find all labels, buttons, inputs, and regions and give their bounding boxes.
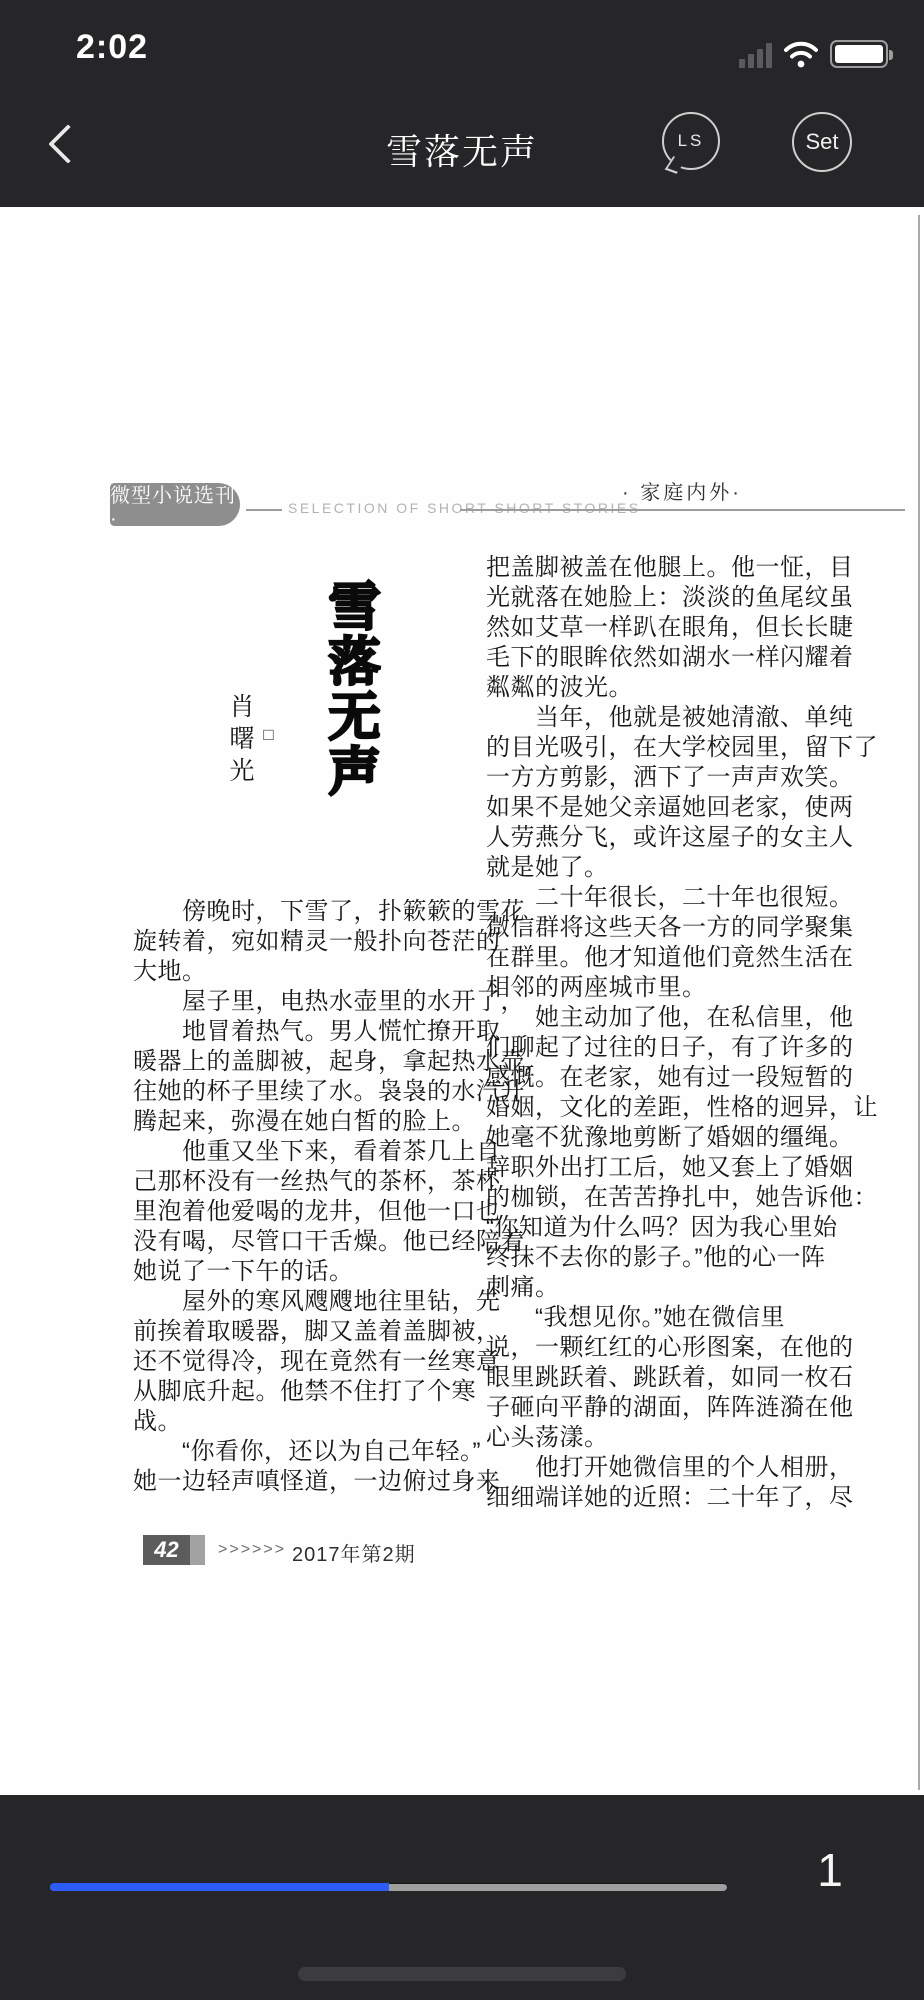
text-line: 屋子里，电热水壶里的水开了，	[133, 987, 473, 1017]
text-line: 前挨着取暖器，脚又盖着盖脚被，	[133, 1317, 473, 1347]
page-number-text: 42	[143, 1535, 190, 1565]
header-rule-right	[460, 509, 905, 511]
magazine-brand-badge: 微型小说选刊·	[110, 483, 240, 526]
text-line: 她毫不犹豫地剪断了婚姻的缰绳。	[486, 1123, 826, 1153]
text-line: 的目光吸引，在大学校园里，留下了	[486, 733, 826, 763]
text-line: 相邻的两座城市里。	[486, 973, 826, 1003]
clock-text: 2:02	[76, 28, 148, 67]
progress-fill	[50, 1883, 389, 1891]
text-line: 她说了一下午的话。	[133, 1257, 473, 1287]
right-text-column: 把盖脚被盖在他腿上。他一怔，目光就落在她脸上：淡淡的鱼尾纹虽然如艾草一样趴在眼角…	[486, 553, 826, 1513]
text-line: 往她的杯子里续了水。袅袅的水汽升	[133, 1077, 473, 1107]
cellular-signal-icon	[739, 42, 772, 68]
page-number-badge-tab	[190, 1535, 205, 1565]
home-indicator[interactable]	[298, 1967, 626, 1981]
text-line: 从脚底升起。他禁不住打了个寒	[133, 1377, 473, 1407]
text-line: 里泡着他爱喝的龙井，但他一口也	[133, 1197, 473, 1227]
chat-bubble-label: LS	[678, 131, 705, 151]
status-bar: 2:02	[0, 0, 924, 88]
bottom-toolbar: 1	[0, 1795, 924, 2000]
issue-text: 2017年第2期	[292, 1538, 416, 1567]
status-icons	[739, 40, 888, 68]
settings-label: Set	[805, 129, 838, 155]
text-line: 当年，他就是被她清澈、单纯	[486, 703, 826, 733]
text-line: 辞职外出打工后，她又套上了婚姻	[486, 1153, 826, 1183]
text-line: 刺痛。	[486, 1273, 826, 1303]
text-line: 把盖脚被盖在他腿上。他一怔，目	[486, 553, 826, 583]
author-block: □ 肖曙光	[222, 693, 278, 789]
text-line: 终抹不去你的影子。”他的心一阵	[486, 1243, 826, 1273]
text-line: 腾起来，弥漫在她白皙的脸上。	[133, 1107, 473, 1137]
text-line: 一方方剪影，洒下了一声声欢笑。	[486, 763, 826, 793]
text-line: 光就落在她脸上：淡淡的鱼尾纹虽	[486, 583, 826, 613]
top-bars-background: 2:02 雪落无声 LS	[0, 0, 924, 207]
text-line: 人劳燕分飞，或许这屋子的女主人	[486, 823, 826, 853]
magazine-header: 微型小说选刊· SELECTION OF SHORT SHORT STORIES…	[0, 483, 924, 543]
text-line: 己那杯没有一丝热气的茶杯，茶杯	[133, 1167, 473, 1197]
text-line: 毛下的眼眸依然如湖水一样闪耀着	[486, 643, 826, 673]
text-line: “你知道为什么吗？因为我心里始	[486, 1213, 826, 1243]
text-line: 暖器上的盖脚被，起身，拿起热水壶，	[133, 1047, 473, 1077]
text-line: 她主动加了他，在私信里，他	[486, 1003, 826, 1033]
battery-icon	[830, 40, 888, 68]
text-line: 感慨。在老家，她有过一段短暂的	[486, 1063, 826, 1093]
text-line: 在群里。他才知道他们竟然生活在	[486, 943, 826, 973]
text-line: 大地。	[133, 957, 473, 987]
navigation-bar: 雪落无声 LS Set	[0, 88, 924, 207]
text-line: 就是她了。	[486, 853, 826, 883]
story-title-vertical: 雪落无声	[312, 579, 387, 799]
series-subtitle: SELECTION OF SHORT SHORT STORIES	[288, 500, 641, 516]
text-line: 眼里跳跃着、跳跃着，如同一枚石	[486, 1363, 826, 1393]
text-line: 心头荡漾。	[486, 1423, 826, 1453]
text-line: 战。	[133, 1407, 473, 1437]
text-line: 还不觉得冷，现在竟然有一丝寒意	[133, 1347, 473, 1377]
text-line: 的枷锁，在苦苦挣扎中，她告诉他：	[486, 1183, 826, 1213]
progress-slider[interactable]	[50, 1879, 727, 1895]
text-line: 细细端详她的近照：二十年了，尽	[486, 1483, 826, 1513]
header-rule-left	[246, 509, 282, 511]
text-line: 他重又坐下来，看着茶几上自	[133, 1137, 473, 1167]
left-text-column: 傍晚时，下雪了，扑簌簌的雪花旋转着，宛如精灵一般扑向苍茫的大地。 屋子里，电热水…	[133, 897, 473, 1497]
text-line: 如果不是她父亲逼她回老家，使两	[486, 793, 826, 823]
text-line: 粼粼的波光。	[486, 673, 826, 703]
page-number-badge: 42	[143, 1535, 205, 1565]
settings-button[interactable]: Set	[792, 112, 852, 172]
text-line: 子砸向平静的湖面，阵阵涟漪在他	[486, 1393, 826, 1423]
text-line: “我想见你。”她在微信里	[486, 1303, 826, 1333]
text-line: 们聊起了过往的日子，有了许多的	[486, 1033, 826, 1063]
page-title: 雪落无声	[0, 124, 924, 175]
issue-arrows: >>>>>>	[218, 1541, 286, 1559]
text-line: 没有喝，尽管口干舌燥。他已经陪着	[133, 1227, 473, 1257]
text-line: “你看你，还以为自己年轻。”	[133, 1437, 473, 1467]
text-line: 地冒着热气。男人慌忙撩开取	[133, 1017, 473, 1047]
text-line: 婚姻，文化的差距，性格的迥异，让	[486, 1093, 826, 1123]
text-line: 屋外的寒风飕飕地往里钻，先	[133, 1287, 473, 1317]
reader-app-screen: 2:02 雪落无声 LS	[0, 0, 924, 2000]
page-indicator: 1	[790, 1843, 870, 1897]
text-line: 傍晚时，下雪了，扑簌簌的雪花	[133, 897, 473, 927]
magazine-page-footer: 42 >>>>>> 2017年第2期	[0, 1535, 924, 1571]
author-marker: □	[258, 725, 278, 744]
reader-page[interactable]: 微型小说选刊· SELECTION OF SHORT SHORT STORIES…	[0, 207, 924, 1795]
wifi-icon	[784, 41, 818, 68]
text-line: 微信群将这些天各一方的同学聚集	[486, 913, 826, 943]
text-line: 她一边轻声嗔怪道，一边俯过身来	[133, 1467, 473, 1497]
text-line: 说，一颗红红的心形图案，在他的	[486, 1333, 826, 1363]
chat-bubble-button[interactable]: LS	[662, 112, 720, 170]
text-line: 他打开她微信里的个人相册，	[486, 1453, 826, 1483]
section-label: · 家庭内外·	[622, 476, 862, 505]
text-line: 旋转着，宛如精灵一般扑向苍茫的	[133, 927, 473, 957]
author-name: 肖曙光	[222, 693, 258, 789]
text-line: 然如艾草一样趴在眼角，但长长睫	[486, 613, 826, 643]
text-line: 二十年很长，二十年也很短。	[486, 883, 826, 913]
